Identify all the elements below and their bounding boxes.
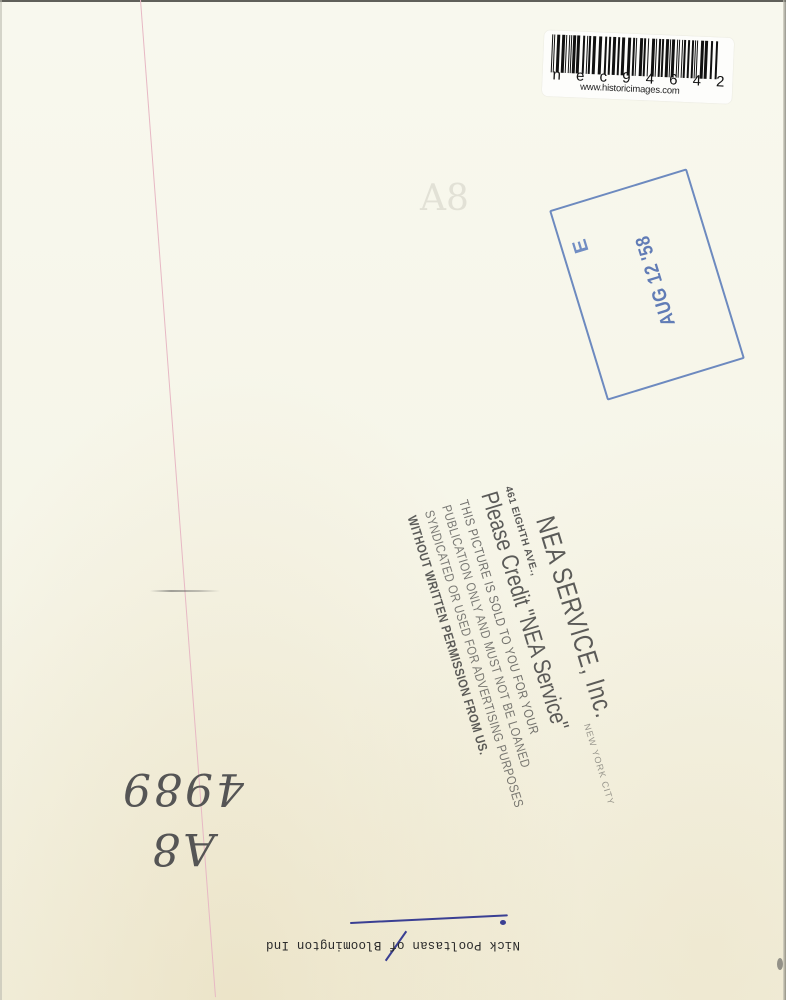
handwritten-reference: A8 4989	[92, 818, 272, 878]
smudge-mark	[150, 590, 220, 592]
nea-city: NEW YORK CITY	[582, 722, 616, 806]
pen-dot	[500, 920, 506, 925]
nea-credit-stamp: NEA SERVICE, Inc. NEW YORK CITY 461 EIGH…	[356, 475, 664, 916]
barcode-char: 2	[716, 73, 725, 90]
faint-pencil-mark: A8	[420, 178, 469, 219]
barcode-char: n	[552, 66, 561, 83]
date-stamp: E AUG 12 '58	[549, 168, 745, 400]
edge-blot	[777, 958, 783, 970]
typed-caption: Nick Pooltasan of Bloomington Ind	[180, 938, 520, 952]
photo-back: nec94642 www.historicimages.com A8 E AUG…	[0, 0, 786, 1000]
stamp-letter: E	[569, 236, 595, 255]
barcode-char: 4	[692, 72, 701, 89]
scan-edge-top	[0, 0, 786, 2]
stamp-date: AUG 12 '58	[627, 216, 686, 345]
scan-edge-left	[0, 0, 2, 1000]
barcode-sticker: nec94642 www.historicimages.com	[542, 30, 735, 104]
pen-underline	[350, 914, 508, 924]
